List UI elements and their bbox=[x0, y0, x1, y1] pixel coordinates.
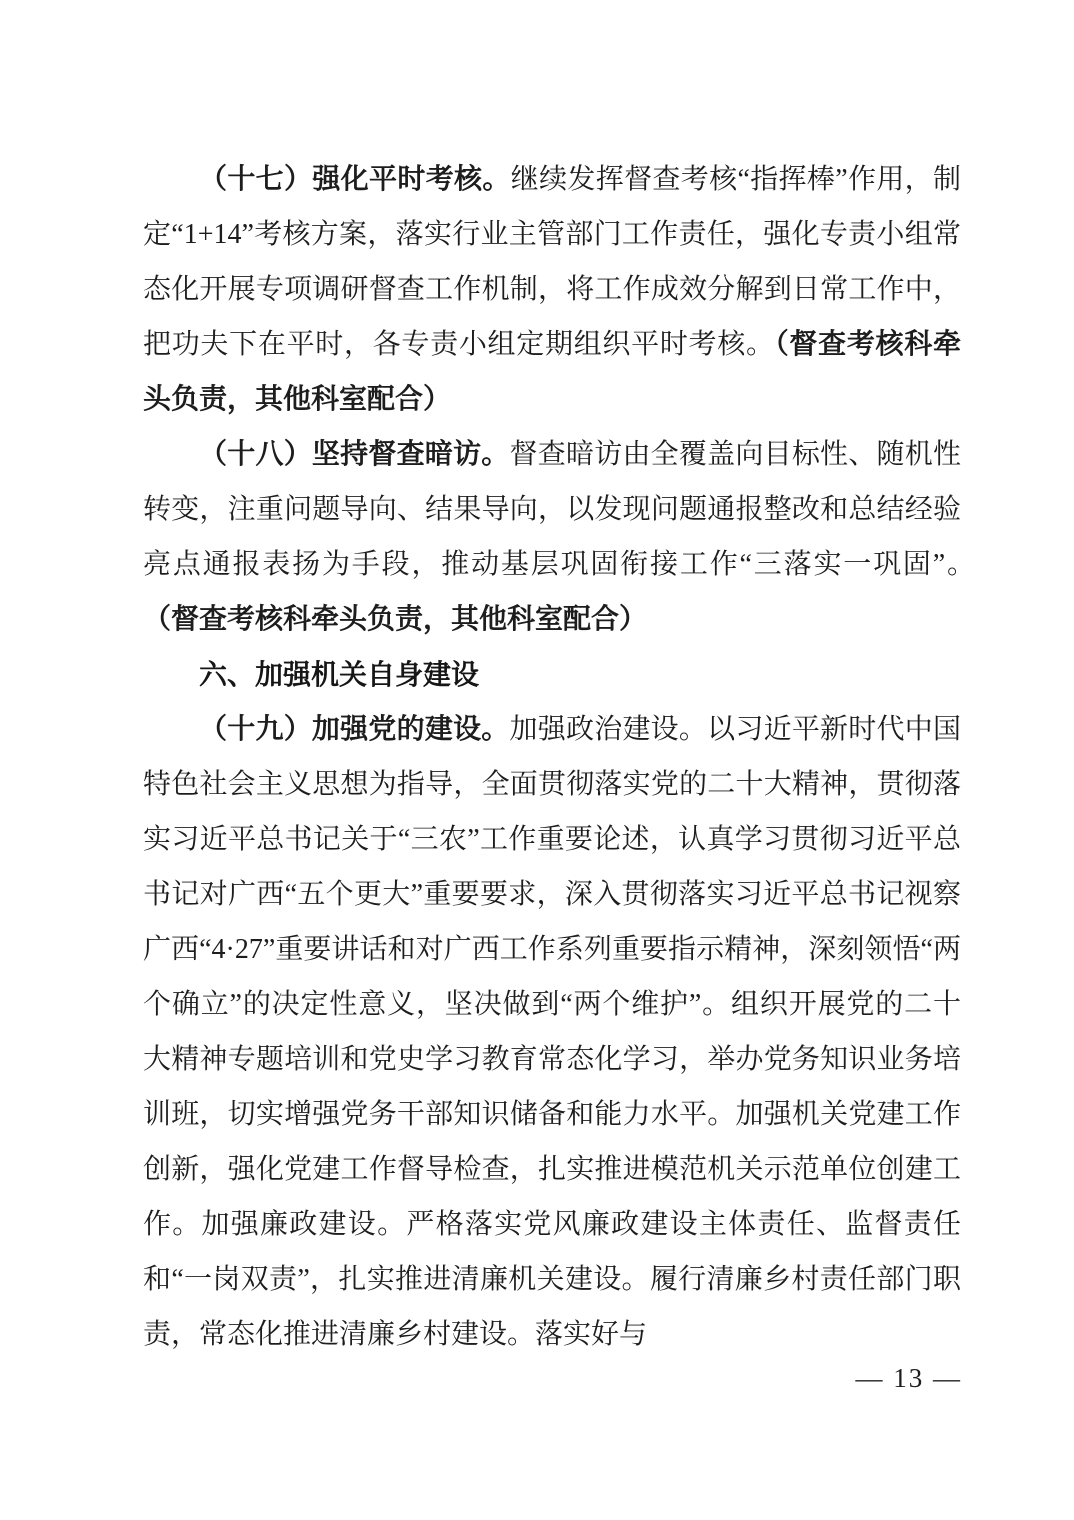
document-page: （十七）强化平时考核。继续发挥督查考核“指挥棒”作用，制定“1+14”考核方案，… bbox=[0, 0, 1074, 1520]
paragraph-clause-17: （十七）强化平时考核。继续发挥督查考核“指挥棒”作用，制定“1+14”考核方案，… bbox=[143, 152, 961, 427]
clause-19-body-text: 加强政治建设。以习近平新时代中国特色社会主义思想为指导，全面贯彻落实党的二十大精… bbox=[143, 714, 961, 1350]
paragraph-clause-18: （十八）坚持督查暗访。督查暗访由全覆盖向目标性、随机性转变，注重问题导向、结果导… bbox=[143, 427, 961, 647]
page-number: — 13 — bbox=[856, 1363, 963, 1393]
clause-18-heading: （十八）坚持督查暗访。 bbox=[199, 439, 510, 470]
clause-18-responsible-unit: （督查考核科牵头负责，其他科室配合） bbox=[143, 604, 647, 635]
clause-19-heading: （十九）加强党的建设。 bbox=[199, 714, 510, 745]
paragraph-clause-19: （十九）加强党的建设。加强政治建设。以习近平新时代中国特色社会主义思想为指导，全… bbox=[143, 702, 961, 1362]
document-body: （十七）强化平时考核。继续发挥督查考核“指挥棒”作用，制定“1+14”考核方案，… bbox=[143, 152, 961, 1362]
clause-17-heading: （十七）强化平时考核。 bbox=[199, 164, 511, 195]
page-footer: — 13 — bbox=[856, 1358, 963, 1398]
section-6-heading: 六、加强机关自身建设 bbox=[143, 647, 961, 702]
